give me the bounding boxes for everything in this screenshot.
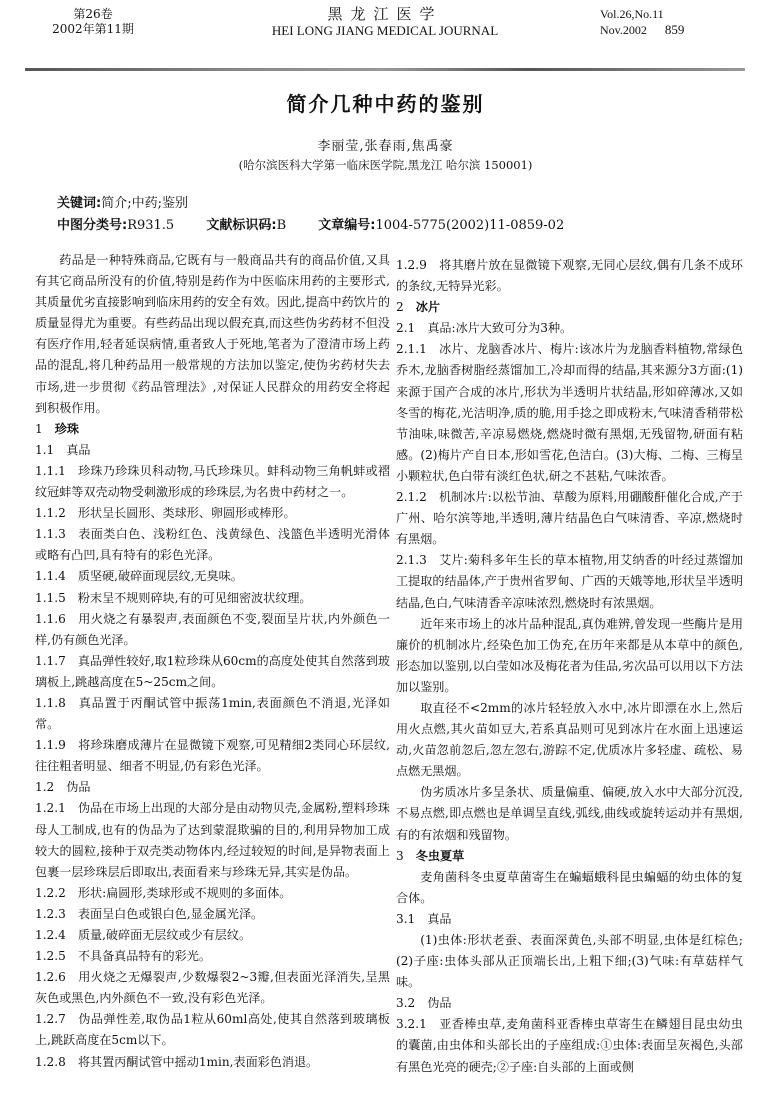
numbered-item: 1.2.5不具备真品特有的彩光。 [35,946,390,967]
item-number: 1.1 [35,443,54,457]
body-paragraph: 取直径不<2mm的冰片轻轻放入水中,冰片即漂在水上,然后用火点燃,其火苗如豆大,… [396,698,743,782]
affiliation: (哈尔滨医科大学第一临床医学院,黑龙江 哈尔滨 150001) [0,157,771,173]
item-text: 珍珠乃珍珠贝科动物,马氏珍珠贝。蚌科动物三角帆蚌或褶纹冠蚌等双壳动物受刺激形成的… [35,464,390,499]
item-text: 冰片 [416,300,440,314]
item-number: 1.1.9 [35,738,66,752]
item-number: 3 [396,849,404,863]
item-number: 1.2.4 [35,928,66,942]
numbered-item: 2.1真品:冰片大致可分为3种。 [396,318,743,339]
numbered-item: 1.1.8真品置于丙酮试管中振荡1min,表面颜色不消退,光泽如常。 [35,693,390,735]
numbered-item: 1.2.7伪品弹性差,取伪品1粒从60ml高处,使其自然落到玻璃板上,跳跃高度在… [35,1009,390,1051]
item-text: 伪品在市场上出现的大部分是由动物贝壳,金属粉,塑料珍珠母人工制成,也有的伪品为了… [35,801,390,878]
item-number: 1.2.7 [35,1012,66,1026]
body-paragraph: 近年来市场上的冰片品种混乱,真伪难辨,曾发现一些酶片是用廉价的机制冰片,经染色加… [396,614,743,698]
item-text: 冰片、龙脑香冰片、梅片:该冰片为龙脑香料植物,常绿色乔木,龙脑香树脂经蒸馏加工,… [396,342,743,483]
article-title: 简介几种中药的鉴别 [0,88,771,117]
paragraph-text: 伪劣质冰片多呈条状、质量偏重、偏硬,放入水中大部分沉没,不易点燃,即点燃也是单调… [396,785,743,841]
item-text: 机制冰片:以松节油、草酸为原料,用硼酸酐催化合成,产于广州、哈尔滨等地,半透明,… [396,490,743,546]
item-text: 将其磨片放在显微镜下观察,无同心层纹,偶有几条不成环的条纹,无特异光彩。 [396,258,743,293]
numbered-item: 1.2.3表面呈白色或银白色,显金属光泽。 [35,904,390,925]
item-number: 2.1.2 [396,490,427,504]
item-text: 用火烧之有暴裂声,表面颜色不变,裂面呈片状,内外颜色一样,仍有颜色光泽。 [35,612,390,647]
item-number: 1.2.1 [35,801,66,815]
numbered-item: 1.1.2形状呈长圆形、类球形、卵圆形或棒形。 [35,503,390,524]
numbered-item: 1.1.5粉末呈不规则碎块,有的可见细密波状纹理。 [35,588,390,609]
volume-en: Vol.26,No.11 [600,7,730,22]
numbered-item: 1.1.4质坚硬,破碎面现层纹,无臭味。 [35,566,390,587]
item-number: 2.1 [396,321,415,335]
item-number: 3.2.1 [396,1017,427,1031]
numbered-item: 1.1.1珍珠乃珍珠贝科动物,马氏珍珠贝。蚌科动物三角帆蚌或褶纹冠蚌等双壳动物受… [35,461,390,503]
item-number: 1.1.2 [35,506,66,520]
paragraph-text: 取直径不<2mm的冰片轻轻放入水中,冰片即漂在水上,然后用火点燃,其火苗如豆大,… [396,701,743,778]
numbered-item: 2.1.2机制冰片:以松节油、草酸为原料,用硼酸酐催化合成,产于广州、哈尔滨等地… [396,487,743,550]
authors: 李丽莹,张春雨,焦禹豪 [0,135,771,154]
item-text: 珍珠 [55,422,79,436]
item-number: 1.2.9 [396,258,427,272]
item-text: 形状呈长圆形、类球形、卵圆形或棒形。 [78,506,296,520]
item-text: 伪品弹性差,取伪品1粒从60ml高处,使其自然落到玻璃板上,跳跃高度在5cm以下… [35,1012,390,1047]
section-heading: 2冰片 [396,297,743,318]
article-no-value: 1004-5775(2002)11-0859-02 [375,218,564,233]
item-number: 1.2.5 [35,949,66,963]
keywords-label: 关键词: [57,196,101,211]
numbered-item: 1.1.7真品弹性较好,取1粒珍珠从60cm的高度处使其自然落到玻璃板上,跳越高… [35,651,390,693]
item-text: 将珍珠磨成薄片在显微镜下观察,可见精细2类同心环层纹,往往粗者明显、细者不明显,… [35,738,390,773]
item-number: 1.2.6 [35,970,66,984]
item-number: 3.2 [396,996,415,1010]
subsection-heading: 3.1真品 [396,909,743,930]
item-number: 1.1.7 [35,654,66,668]
item-text: 艾片:菊科多年生长的草本植物,用艾纳香的叶经过蒸馏加工提取的结晶体,产于贵州省罗… [396,553,743,609]
item-number: 1.2.3 [35,907,66,921]
section-heading: 1珍珠 [35,419,390,440]
numbered-item: 3.2.1亚香棒虫草,麦角菌科亚香棒虫草寄生在鳞翅目昆虫幼虫的囊菌,由虫体和头部… [396,1014,743,1077]
item-text: 形状:扁圆形,类球形或不规则的多面体。 [78,886,292,900]
item-text: 质量,破碎面无层纹或少有层纹。 [78,928,251,942]
item-text: 真品弹性较好,取1粒珍珠从60cm的高度处使其自然落到玻璃板上,跳越高度在5~2… [35,654,390,689]
header-volume-issue: 第26卷 2002年第11期 [48,7,138,37]
numbered-item: 1.2.2形状:扁圆形,类球形或不规则的多面体。 [35,883,390,904]
journal-name-en: HEI LONG JIANG MEDICAL JOURNAL [240,23,530,39]
item-number: 2.1.1 [396,342,427,356]
paragraph-text: 麦角菌科冬虫夏草菌寄生在蝙蝠蛾科昆虫蝙蝠的幼虫体的复合体。 [396,870,743,905]
volume-cn: 第26卷 [48,7,138,22]
item-number: 2.1.3 [396,553,427,567]
item-text: 表面呈白色或银白色,显金属光泽。 [78,907,263,921]
journal-name-cn: 黑龙江医学 [240,5,530,23]
issue-cn: 2002年第11期 [48,22,138,37]
keywords-value: 简介;中药;鉴别 [101,196,188,211]
item-text: 伪品 [427,996,451,1010]
doc-code-label: 文献标识码: [206,218,276,233]
numbered-item: 1.2.6用火烧之无爆裂声,少数爆裂2~3瓣,但表面光泽消失,呈黑灰色或黑色,内… [35,967,390,1009]
item-text: 用火烧之无爆裂声,少数爆裂2~3瓣,但表面光泽消失,呈黑灰色或黑色,内外颜色不一… [35,970,390,1005]
item-text: 将其置丙酮试管中摇动1min,表面彩色消退。 [78,1055,318,1069]
date-en: Nov.2002 [600,23,647,37]
numbered-item: 1.2.1伪品在市场上出现的大部分是由动物贝壳,金属粉,塑料珍珠母人工制成,也有… [35,798,390,882]
item-text: 真品置于丙酮试管中振荡1min,表面颜色不消退,光泽如常。 [35,696,390,731]
item-number: 1.1.4 [35,569,66,583]
item-number: 1 [35,422,43,436]
item-number: 3.1 [396,912,415,926]
item-number: 2 [396,300,404,314]
item-number: 1.1.5 [35,591,66,605]
item-text: 质坚硬,破碎面现层纹,无臭味。 [78,569,243,583]
paragraph-text: 近年来市场上的冰片品种混乱,真伪难辨,曾发现一些酶片是用廉价的机制冰片,经染色加… [396,617,743,694]
numbered-item: 1.2.4质量,破碎面无层纹或少有层纹。 [35,925,390,946]
numbered-item: 2.1.3艾片:菊科多年生长的草本植物,用艾纳香的叶经过蒸馏加工提取的结晶体,产… [396,550,743,613]
item-number: 1.1.6 [35,612,66,626]
body-paragraph: 伪劣质冰片多呈条状、质量偏重、偏硬,放入水中大部分沉没,不易点燃,即点燃也是单调… [396,782,743,845]
page-number: 859 [665,22,685,37]
item-text: 亚香棒虫草,麦角菌科亚香棒虫草寄生在鳞翅目昆虫幼虫的囊菌,由虫体和头部长出的子座… [396,1017,743,1073]
item-number: 1.2 [35,780,54,794]
clc-value: R931.5 [127,218,174,233]
body-column-right: 1.2.9将其磨片放在显微镜下观察,无同心层纹,偶有几条不成环的条纹,无特异光彩… [396,255,743,1078]
body-paragraph: 药品是一种特殊商品,它既有与一般商品共有的商品价值,又具有其它商品所没有的价值,… [35,250,390,419]
item-number: 1.1.3 [35,527,66,541]
body-paragraph: (1)虫体:形状老蚕、表面深黄色,头部不明显,虫体是红棕色;(2)子座:虫体头部… [396,930,743,993]
item-text: 伪品 [66,780,90,794]
item-text: 真品 [427,912,451,926]
doc-code-value: B [277,218,287,233]
header-vol-date: Vol.26,No.11 Nov.2002859 [600,7,730,38]
paragraph-text: 药品是一种特殊商品,它既有与一般商品共有的商品价值,又具有其它商品所没有的价值,… [35,253,390,415]
section-heading: 3冬虫夏草 [396,846,743,867]
paragraph-text: (1)虫体:形状老蚕、表面深黄色,头部不明显,虫体是红棕色;(2)子座:虫体头部… [396,933,743,989]
subsection-heading: 3.2伪品 [396,993,743,1014]
item-number: 1.2.8 [35,1055,66,1069]
item-text: 真品 [66,443,90,457]
keywords: 关键词:简介;中药;鉴别 [57,192,188,211]
article-no-label: 文章编号: [318,218,375,233]
item-number: 1.2.2 [35,886,66,900]
item-text: 冬虫夏草 [416,849,464,863]
clc-label: 中图分类号: [57,218,127,233]
journal-name: 黑龙江医学 HEI LONG JIANG MEDICAL JOURNAL [240,5,530,39]
item-number: 1.1.8 [35,696,66,710]
body-column-left: 药品是一种特殊商品,它既有与一般商品共有的商品价值,又具有其它商品所没有的价值,… [35,250,390,1073]
numbered-item: 1.1.6用火烧之有暴裂声,表面颜色不变,裂面呈片状,内外颜色一样,仍有颜色光泽… [35,609,390,651]
item-text: 表面类白色、浅粉红色、浅黄绿色、浅篮色半透明光滑体或略有凸凹,具有特有的彩色光泽… [35,527,390,562]
header-rule [25,68,745,71]
numbered-item: 1.1.3表面类白色、浅粉红色、浅黄绿色、浅篮色半透明光滑体或略有凸凹,具有特有… [35,524,390,566]
classification-line: 中图分类号:R931.5 文献标识码:B 文章编号:1004-5775(2002… [57,214,564,233]
numbered-item: 2.1.1冰片、龙脑香冰片、梅片:该冰片为龙脑香料植物,常绿色乔木,龙脑香树脂经… [396,339,743,487]
body-paragraph: 麦角菌科冬虫夏草菌寄生在蝙蝠蛾科昆虫蝙蝠的幼虫体的复合体。 [396,867,743,909]
item-text: 不具备真品特有的彩光。 [78,949,211,963]
item-text: 粉末呈不规则碎块,有的可见细密波状纹理。 [78,591,312,605]
numbered-item: 1.2.8将其置丙酮试管中摇动1min,表面彩色消退。 [35,1052,390,1073]
item-text: 真品:冰片大致可分为3种。 [427,321,572,335]
numbered-item: 1.2.9将其磨片放在显微镜下观察,无同心层纹,偶有几条不成环的条纹,无特异光彩… [396,255,743,297]
subsection-heading: 1.2伪品 [35,777,390,798]
numbered-item: 1.1.9将珍珠磨成薄片在显微镜下观察,可见精细2类同心环层纹,往往粗者明显、细… [35,735,390,777]
subsection-heading: 1.1真品 [35,440,390,461]
item-number: 1.1.1 [35,464,66,478]
